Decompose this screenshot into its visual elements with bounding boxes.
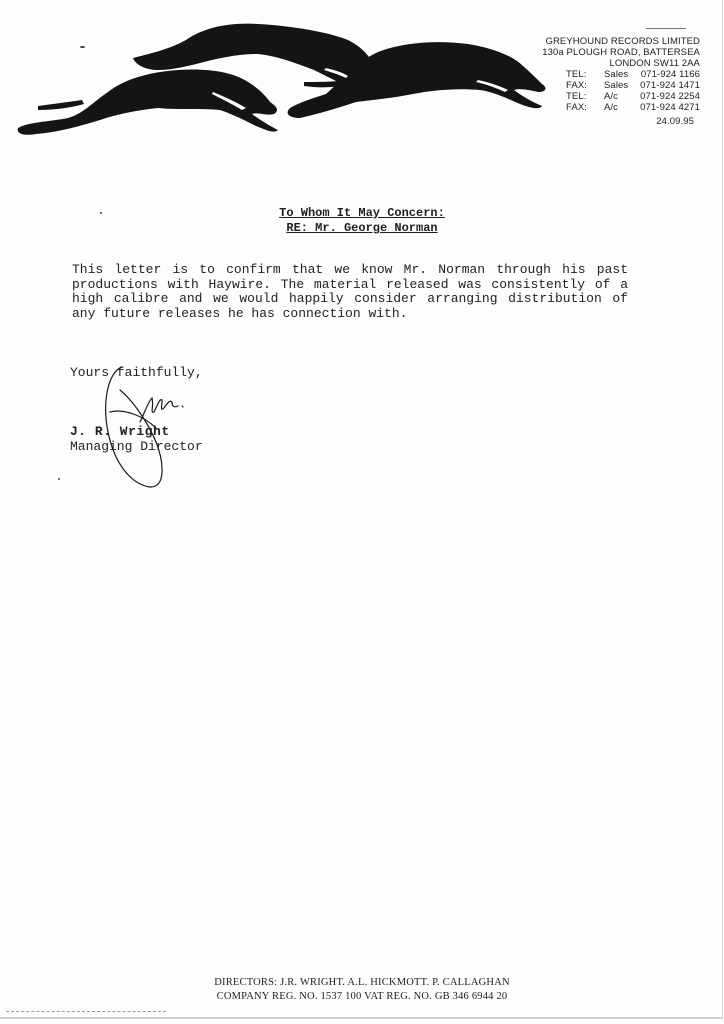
contact-type: FAX:: [566, 80, 604, 91]
scan-speck: [80, 46, 85, 48]
contact-dept: Sales: [604, 69, 634, 80]
letter-body: This letter is to confirm that we know M…: [72, 263, 628, 321]
contact-type: FAX:: [566, 102, 604, 113]
greyhound-logo-icon: [8, 10, 558, 140]
footer: DIRECTORS: J.R. WRIGHT. A.L. HICKMOTT. P…: [0, 976, 724, 1004]
contact-row: TEL: Sales 071-924 1166: [542, 69, 700, 80]
letterhead-rule: [646, 28, 686, 29]
subject-line: RE: Mr. George Norman: [286, 221, 437, 235]
contact-row: TEL: A/c 071-924 2254: [542, 91, 700, 102]
address-line-2: LONDON SW11 2AA: [542, 58, 700, 69]
letter-date: 24.09.95: [542, 116, 700, 127]
contact-number: 071-924 1471: [634, 80, 700, 91]
scan-speck: [58, 478, 60, 480]
company-details: GREYHOUND RECORDS LIMITED 130a PLOUGH RO…: [542, 36, 700, 127]
contact-dept: A/c: [604, 102, 634, 113]
scan-speck: [100, 212, 102, 214]
salutation-heading: To Whom It May Concern:: [279, 206, 445, 220]
contact-row: FAX: A/c 071-924 4271: [542, 102, 700, 113]
contact-dept: Sales: [604, 80, 634, 91]
footer-directors: DIRECTORS: J.R. WRIGHT. A.L. HICKMOTT. P…: [0, 976, 724, 990]
footer-registration: COMPANY REG. NO. 1537 100 VAT REG. NO. G…: [0, 990, 724, 1004]
company-name: GREYHOUND RECORDS LIMITED: [542, 36, 700, 47]
signature-icon: [100, 362, 210, 492]
contact-number: 071-924 1166: [634, 69, 700, 80]
contact-dept: A/c: [604, 91, 634, 102]
contact-type: TEL:: [566, 91, 604, 102]
contact-type: TEL:: [566, 69, 604, 80]
scan-artifact-line: [6, 1011, 166, 1012]
page-border: [0, 0, 723, 1019]
contact-number: 071-924 4271: [634, 102, 700, 113]
contact-row: FAX: Sales 071-924 1471: [542, 80, 700, 91]
address-line-1: 130a PLOUGH ROAD, BATTERSEA: [542, 47, 700, 58]
letter-headings: To Whom It May Concern: RE: Mr. George N…: [0, 206, 724, 236]
contact-number: 071-924 2254: [634, 91, 700, 102]
